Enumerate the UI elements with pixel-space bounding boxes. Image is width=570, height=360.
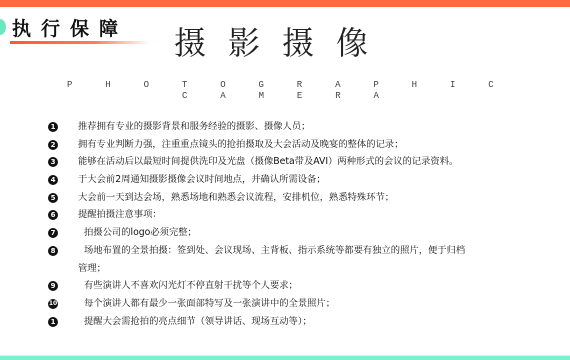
- subtitle-letter: A: [373, 91, 411, 101]
- list-item-text: 提醒拍摄注意事项：: [78, 206, 162, 224]
- list-item: 1 提醒大会需抢拍的亮点细节（领导讲话、现场互动等）；: [44, 313, 564, 331]
- list-item: 9 有些演讲人不喜欢闪光灯不停直射干扰等个人要求；: [44, 277, 564, 295]
- subtitle-letter: R: [335, 91, 373, 101]
- list-item: 5 大会前一天到达会场，熟悉场地和熟悉会议流程，安排机位，熟悉特殊环节；: [44, 189, 564, 207]
- numbered-bullet-icon: 8: [48, 246, 58, 256]
- list-item: 10 每个演讲人都有最少一张面部特写及一张演讲中的全景照片；: [44, 295, 564, 313]
- list-item-text: 场地布置的全景拍摄：签到处、会议现场、主背板、指示系统等都要有独立的照片，便于归…: [84, 242, 465, 260]
- numbered-bullet-icon: 5: [48, 193, 58, 203]
- list-item: 4 于大会前2周通知摄影摄像会议时间地点，并确认所需设备；: [44, 171, 564, 189]
- subtitle-letter: M: [259, 91, 297, 101]
- subtitle-letter: A: [220, 91, 258, 101]
- numbered-bullet-icon: 1: [48, 122, 58, 132]
- subtitle-letter: O: [220, 80, 258, 90]
- list-item-text: 推荐拥有专业的摄影背景和服务经验的摄影、摄像人员；: [78, 118, 310, 136]
- list-item-text: 拍摄公司的logo必须完整；: [84, 224, 197, 242]
- list-item: 8 场地布置的全景拍摄：签到处、会议现场、主背板、指示系统等都要有独立的照片，便…: [44, 242, 564, 260]
- list-item: 3 能够在活动后以最短时间提供洗印及光盘（摄像Beta带及AVI）两种形式的会议…: [44, 153, 564, 171]
- top-accent-bar: [0, 0, 570, 7]
- subtitle-camera: C A M E R A: [182, 91, 412, 101]
- numbered-bullet-icon: 10: [48, 299, 58, 309]
- list-item-text: 每个演讲人都有最少一张面部特写及一张演讲中的全景照片；: [84, 295, 335, 313]
- list-item-continuation: 管理；: [44, 260, 564, 278]
- numbered-bullet-icon: 3: [48, 157, 58, 167]
- subtitle-letter: A: [335, 80, 373, 90]
- list-item-text: 拥有专业判断力强，注重重点镜头的抢拍摄取及大会活动及晚宴的整体的记录；: [78, 136, 403, 154]
- list-item-text: 大会前一天到达会场，熟悉场地和熟悉会议流程，安排机位，熟悉特殊环节；: [78, 189, 394, 207]
- numbered-bullet-icon: 4: [48, 175, 58, 185]
- numbered-bullet-icon: 1: [48, 317, 58, 327]
- numbered-bullet-icon: 2: [48, 140, 58, 150]
- list-item: 1 推荐拥有专业的摄影背景和服务经验的摄影、摄像人员；: [44, 118, 564, 136]
- list-item-text: 有些演讲人不喜欢闪光灯不停直射干扰等个人要求；: [84, 277, 298, 295]
- subtitle-letter: H: [105, 80, 143, 90]
- green-accent-dot: [0, 19, 6, 35]
- subtitle-letter: H: [412, 80, 450, 90]
- subtitle-letter: T: [182, 80, 220, 90]
- numbered-bullet-icon: 9: [48, 281, 58, 291]
- subtitle-letter: G: [258, 80, 296, 90]
- list-item-text: 能够在活动后以最短时间提供洗印及光盘（摄像Beta带及AVI）两种形式的会议的记…: [78, 153, 458, 171]
- subtitle-letter: C: [488, 80, 526, 90]
- bottom-accent-bar: [0, 356, 570, 360]
- requirements-list: 1 推荐拥有专业的摄影背景和服务经验的摄影、摄像人员； 2 拥有专业判断力强，注…: [44, 118, 564, 330]
- subtitle-letter: P: [373, 80, 411, 90]
- numbered-bullet-icon: 7: [48, 228, 58, 238]
- list-item-text: 于大会前2周通知摄影摄像会议时间地点，并确认所需设备；: [78, 171, 326, 189]
- list-item-text: 管理；: [78, 260, 106, 278]
- list-item: 7 拍摄公司的logo必须完整；: [44, 224, 564, 242]
- subtitle-letter: E: [297, 91, 335, 101]
- list-item-text: 提醒大会需抢拍的亮点细节（领导讲话、现场互动等）；: [84, 313, 312, 331]
- subtitle-photographic: P H O T O G R A P H I C: [67, 80, 527, 90]
- subtitle-letter: P: [67, 80, 105, 90]
- list-item: 2 拥有专业判断力强，注重重点镜头的抢拍摄取及大会活动及晚宴的整体的记录；: [44, 136, 564, 154]
- subtitle-letter: R: [297, 80, 335, 90]
- list-item: 6 提醒拍摄注意事项：: [44, 206, 564, 224]
- section-title-underline: [10, 41, 150, 44]
- numbered-bullet-icon: 6: [48, 210, 58, 220]
- subtitle-letter: C: [182, 91, 220, 101]
- subtitle-letter: O: [144, 80, 182, 90]
- section-title: 执行保障: [12, 14, 128, 41]
- page-title: 摄影摄像: [174, 18, 390, 64]
- subtitle-letter: I: [450, 80, 488, 90]
